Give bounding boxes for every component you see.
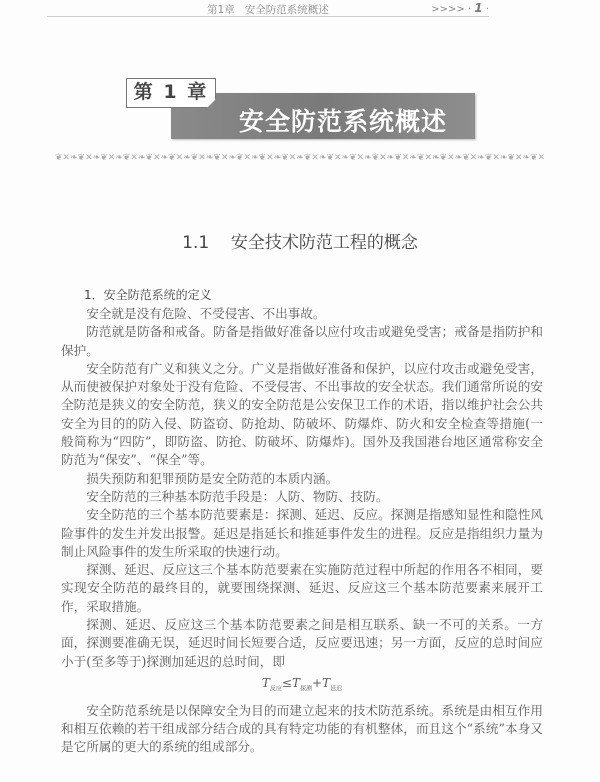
page-suffix: · (483, 4, 489, 15)
formula-subscript: 延迟 (330, 685, 342, 692)
formula: T反应≤T探测+T延迟 (61, 674, 543, 699)
running-title: 第1章 安全防范系统概述 (207, 2, 329, 17)
paragraph: 安全防范的三种基本防范手段是：人防、物防、技防。 (61, 488, 543, 506)
formula-term: T (322, 676, 330, 690)
body-text: 安全就是没有危险、不受侵害、不出事故。 防范就是防备和戒备。防备是指做好准备以应… (61, 305, 543, 757)
paragraph: 安全防范系统是以保障安全为目的而建立起来的技术防范系统。系统是由相互作用和相互依… (61, 702, 543, 757)
paragraph: 安全防范的三个基本防范要素是：探测、延迟、反应。探测是指感知显性和隐性风险事件的… (61, 506, 543, 561)
subheading: 1．安全防范系统的定义 (84, 286, 212, 303)
paragraph: 安全就是没有危险、不受侵害、不出事故。 (61, 305, 543, 323)
chapter-title: 安全防范系统概述 (239, 102, 447, 138)
formula-subscript: 探测 (300, 685, 312, 692)
page-number: >>>> · 1 · (431, 1, 489, 15)
formula-subscript: 反应 (270, 685, 282, 692)
page-number-value: 1 (474, 1, 482, 15)
paragraph: 损失预防和犯罪预防是安全防范的本质内涵。 (61, 470, 543, 488)
formula-operator: + (312, 676, 322, 690)
paragraph: 防范就是防备和戒备。防备是指做好准备以应付攻击或避免受害；戒备是指防护和保护。 (61, 323, 543, 360)
section-title: 1.1 安全技术防范工程的概念 (0, 228, 600, 253)
chapter-title-banner: 安全防范系统概述 (171, 93, 475, 139)
formula-term: T (292, 676, 300, 690)
ornament-divider: ❦✕❧❦✕❧❦✕❧❦✕❧❦✕❧❦✕❧❦✕❧❦✕❧❦✕❧❦✕❧❦✕❧❦✕❧❦✕❧❦… (55, 153, 545, 163)
running-header: 第1章 安全防范系统概述 >>>> · 1 · (47, 2, 489, 17)
chapter-label: 第 1 章 (126, 78, 216, 108)
paragraph: 探测、延迟、反应这三个基本防范要素在实施防范过程中所起的作用各不相同，要实现安全… (61, 561, 543, 616)
formula-operator: ≤ (282, 676, 292, 690)
paragraph: 安全防范有广义和狭义之分。广义是指做好准备和保护，以应付攻击或避免受害，从而使被… (61, 360, 543, 470)
page-prefix: >>>> · (431, 4, 474, 15)
formula-term: T (262, 676, 270, 690)
paragraph: 探测、延迟、反应这三个基本防范要素之间是相互联系、缺一不可的关系。一方面，探测要… (61, 616, 543, 671)
